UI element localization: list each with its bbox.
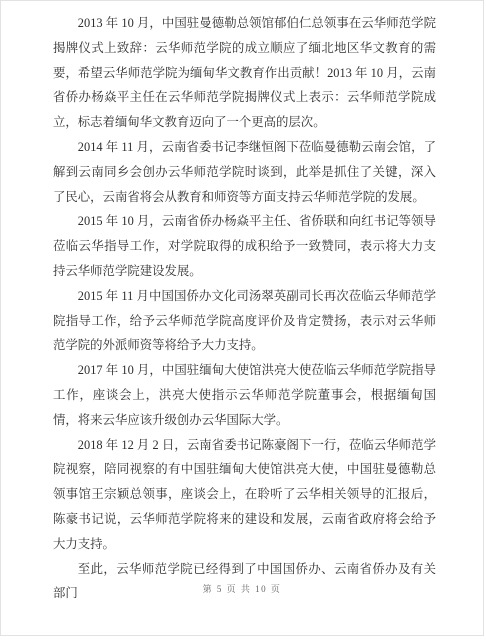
paragraph: 2014 年 11 月，云南省委书记李继恒阁下莅临曼德勒云南会馆，了解到云南同乡… — [53, 135, 436, 209]
paragraph: 2017 年 10 月，中国驻缅甸大使馆洪亮大使莅临云华师范学院指导工作，座谈会… — [53, 358, 436, 432]
paragraph: 2013 年 10 月，中国驻曼德勒总领馆郁伯仁总领事在云华师范学院揭牌仪式上致… — [53, 11, 436, 135]
paragraph: 2018 年 12 月 2 日，云南省委书记陈豪阁下一行，莅临云华师范学院视察，… — [53, 433, 436, 557]
paragraph: 2015 年 10 月，云南省侨办杨焱平主任、省侨联和向红书记等领导莅临云华指导… — [53, 209, 436, 283]
page-number-footer: 第 5 页 共 10 页 — [1, 582, 483, 596]
document-body: 2013 年 10 月，中国驻曼德勒总领馆郁伯仁总领事在云华师范学院揭牌仪式上致… — [53, 11, 436, 606]
paragraph: 2015 年 11 月中国国侨办文化司汤翠英副司长再次莅临云华师范学院指导工作，… — [53, 284, 436, 358]
document-page: 2013 年 10 月，中国驻曼德勒总领馆郁伯仁总领事在云华师范学院揭牌仪式上致… — [0, 0, 484, 636]
